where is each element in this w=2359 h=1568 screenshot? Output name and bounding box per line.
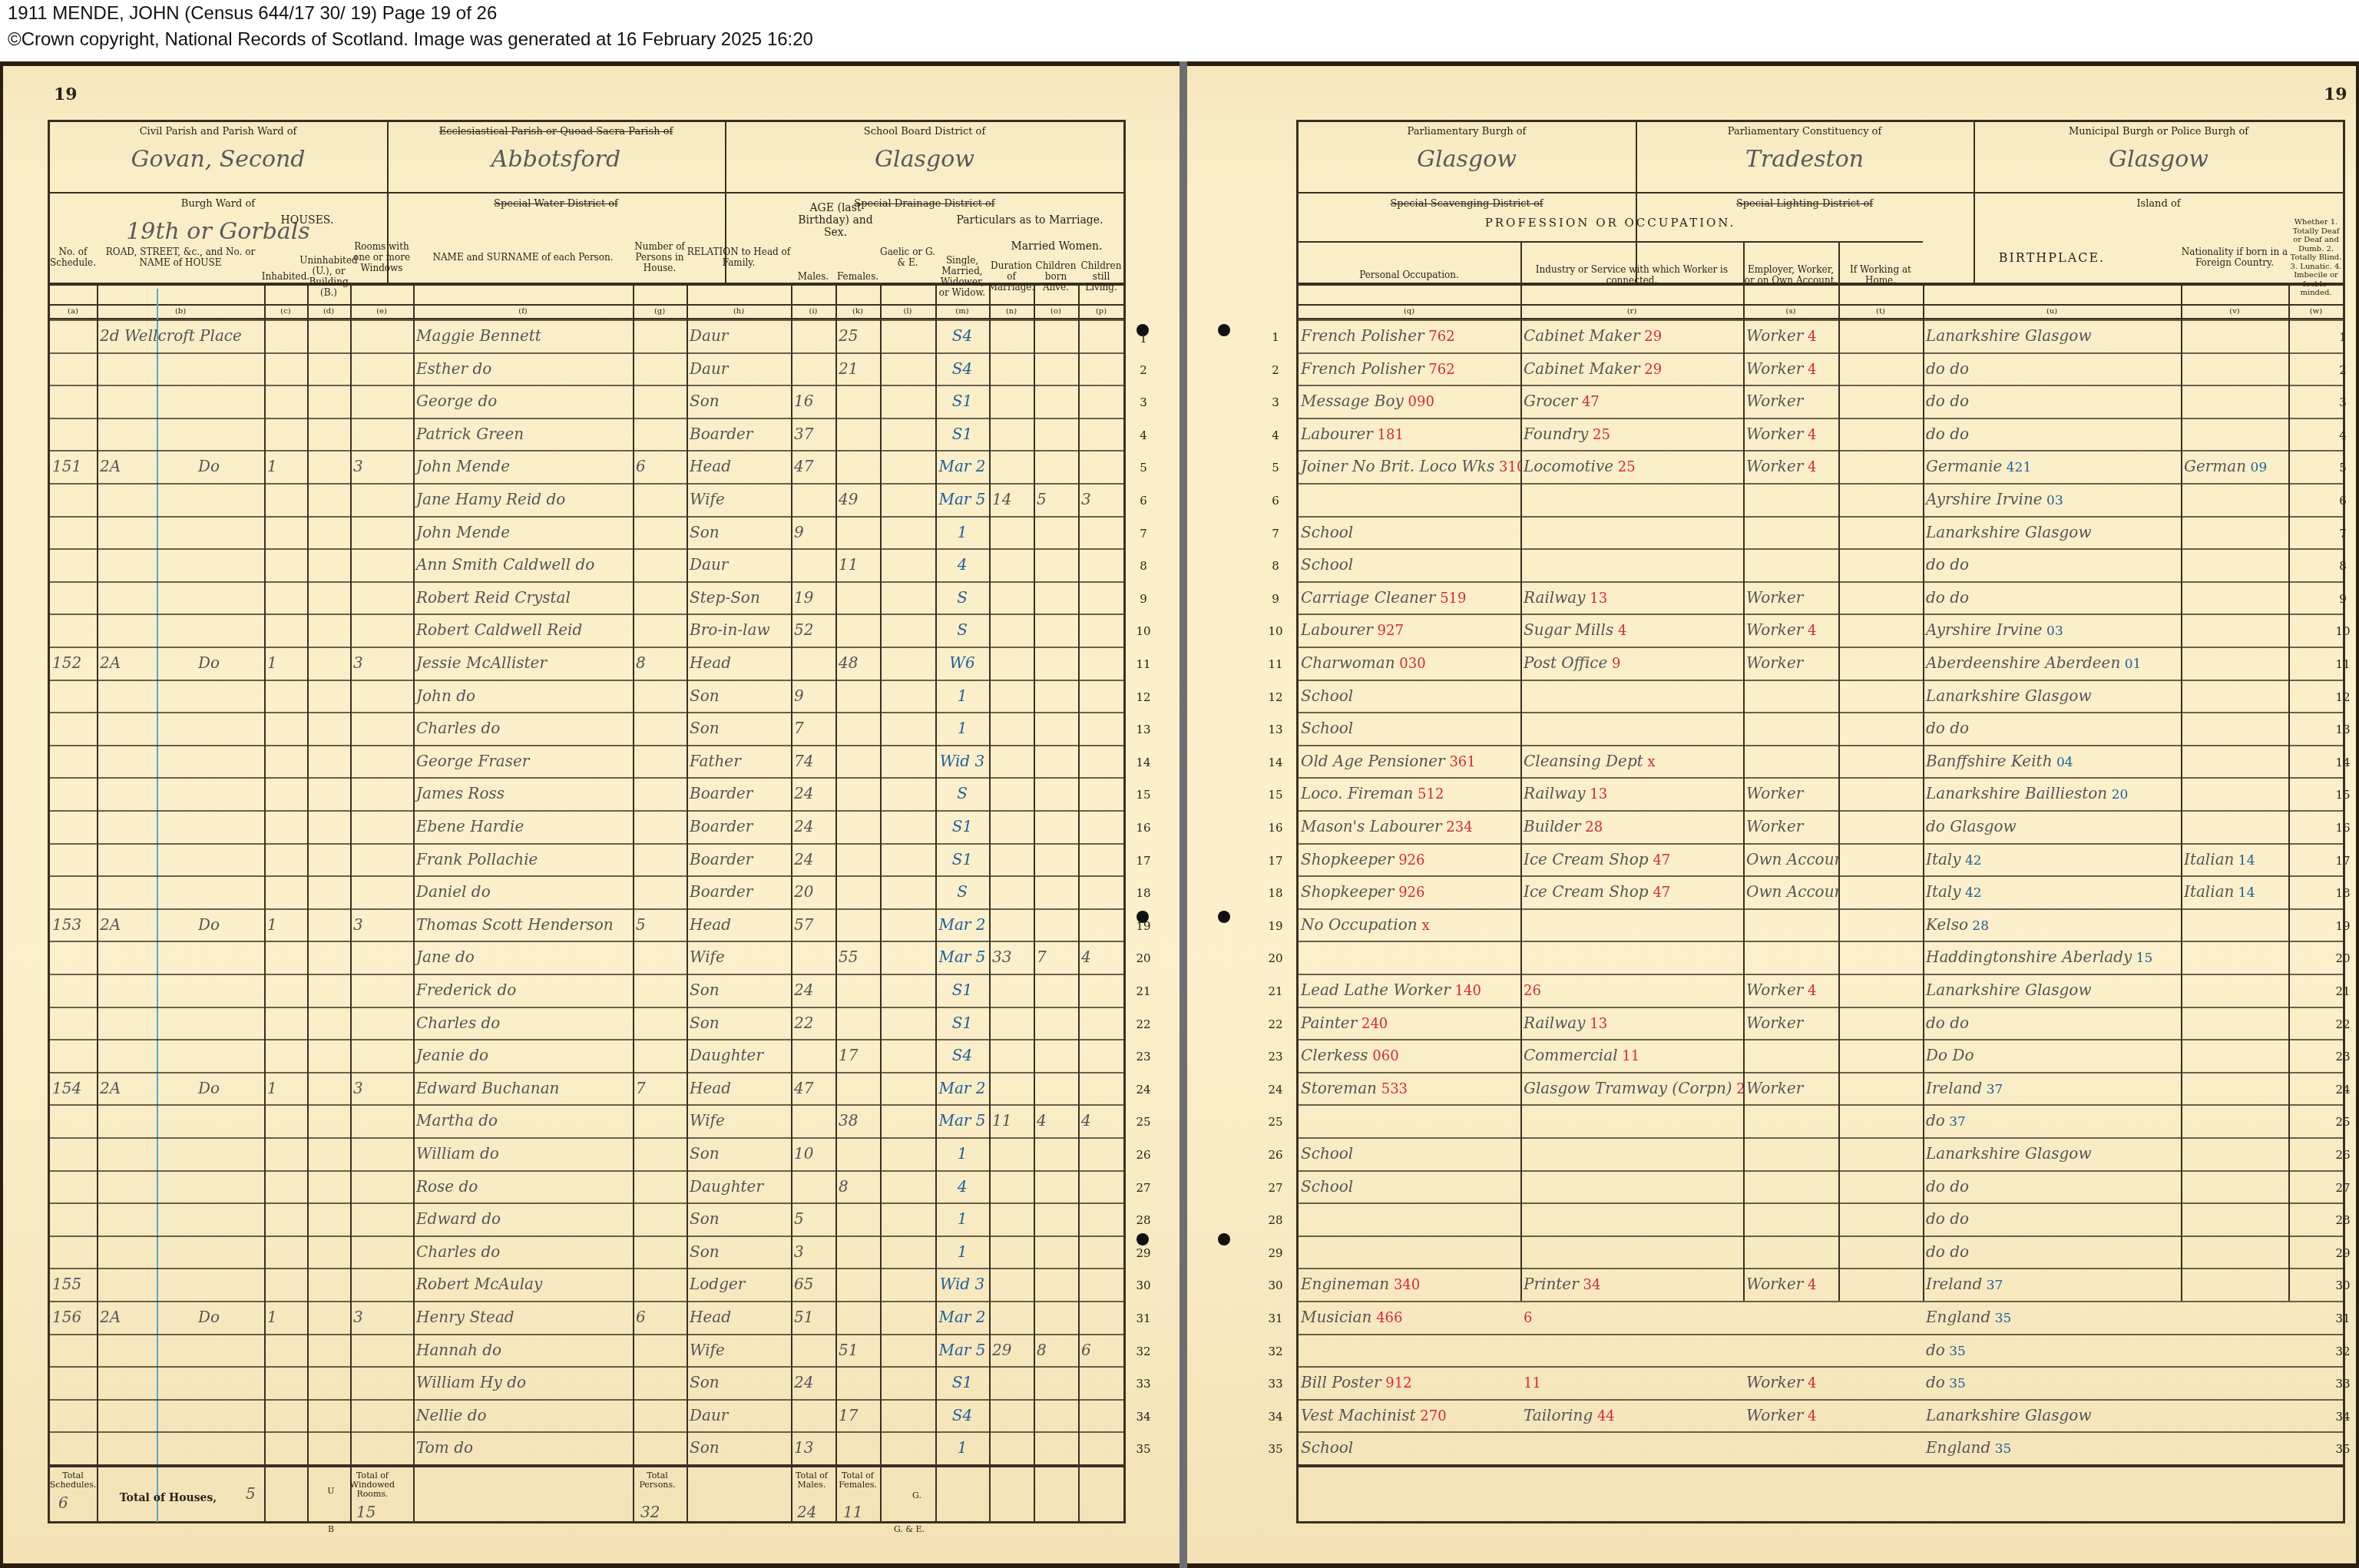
cell-r (1520, 1431, 1743, 1464)
cell-text: Lanarkshire Glasgow (1926, 981, 2092, 999)
cell-males (791, 352, 835, 385)
code-annotation: 47 (1577, 394, 1600, 410)
table-row: Labourer 181Foundry 25Worker 4do do44 (1187, 418, 2356, 450)
cell-s: Worker 4 (1743, 614, 1838, 646)
table-row: do 353232 (1187, 1334, 2356, 1366)
cell-relation: Head (687, 908, 791, 941)
cell-born (1034, 908, 1078, 941)
cell-r (1520, 1334, 1743, 1366)
cell-marital: 1 (935, 1137, 989, 1169)
cell-s: Worker 4 (1743, 1366, 1838, 1398)
cell-uninhabited (307, 385, 350, 417)
code-annotation: 04 (2053, 755, 2073, 770)
cell-schedule (49, 843, 97, 875)
cell-text: Ireland (1926, 1275, 1982, 1293)
cell-u: do Glasgow (1923, 810, 2181, 842)
cell-v (2181, 1366, 2288, 1398)
cell-s (1743, 1039, 1838, 1071)
cell-marital: 1 (935, 712, 989, 744)
cell-females: 17 (835, 1399, 880, 1431)
line-number: 17 (2331, 854, 2354, 868)
cell-u: do do (1923, 712, 2181, 744)
line-number: 25 (1264, 1115, 1287, 1129)
cell-text: Aberdeenshire Aberdeen (1926, 653, 2120, 672)
cell-r (1520, 908, 1743, 941)
cell-males: 24 (791, 974, 835, 1006)
cell-males: 10 (791, 1137, 835, 1169)
code-annotation: 28 (1968, 918, 1989, 934)
cell-rooms (350, 974, 413, 1006)
cell-inhabited (264, 712, 307, 744)
code-annotation: 28 (1581, 819, 1603, 835)
cell-s: Own Account 6 (1743, 843, 1838, 875)
cell-s (1743, 745, 1838, 777)
column-key: (f) (413, 306, 633, 318)
table-row: William Hy doSon24S133 (3, 1366, 1179, 1398)
burgh-ward-label: Burgh Ward of (49, 198, 387, 210)
cell-u: England 35 (1923, 1431, 2181, 1464)
line-number: 5 (1264, 461, 1287, 475)
cell-rooms (350, 319, 413, 352)
cell-gaelic (880, 1268, 935, 1300)
cell-name: John Mende (413, 516, 633, 548)
cell-name: Jeanie do (413, 1039, 633, 1071)
cell-born (1034, 745, 1078, 777)
cell-born (1034, 777, 1078, 809)
line-number: 8 (2331, 559, 2354, 573)
cell-text: Mason's Labourer (1301, 817, 1442, 835)
group-header-profession: PROFESSION OR OCCUPATION. (1298, 212, 1923, 235)
code-annotation: 4 (1803, 1408, 1816, 1424)
table-row: Vest Machinist 270Tailoring 44Worker 4La… (1187, 1399, 2356, 1431)
cell-v (2181, 1170, 2288, 1202)
cell-v (2181, 1431, 2288, 1464)
line-number: 7 (1132, 527, 1155, 541)
cell-born: 5 (1034, 483, 1078, 515)
cell-marital: 1 (935, 1236, 989, 1268)
cell-duration (989, 745, 1034, 777)
cell-text: Worker (1746, 653, 1803, 672)
table-row: Jane Hamy Reid doWife49Mar 514536 (3, 483, 1179, 515)
column-key: (u) (1923, 306, 2181, 318)
cell-duration (989, 810, 1034, 842)
cell-living (1078, 1236, 1124, 1268)
line-number: 24 (1132, 1083, 1155, 1097)
code-annotation: 47 (1649, 852, 1671, 868)
code-annotation: 090 (1404, 394, 1434, 410)
cell-females: 21 (835, 352, 880, 385)
table-row: Schooldo do1313 (1187, 712, 2356, 744)
code-annotation: 4 (1803, 427, 1816, 443)
cell-relation: Boarder (687, 418, 791, 450)
cell-living (1078, 1202, 1124, 1235)
cell-name: Jane do (413, 941, 633, 973)
cell-marital: Wid 3 (935, 745, 989, 777)
cell-name: Esther do (413, 352, 633, 385)
code-annotation: 6 (1524, 1310, 1532, 1326)
line-number: 10 (2331, 624, 2354, 638)
table-row: 155Robert McAulayLodger65Wid 330 (3, 1268, 1179, 1300)
code-annotation: 512 (1413, 786, 1444, 802)
cell-r (1520, 1170, 1743, 1202)
b-label: B (326, 1525, 336, 1534)
cell-persons (633, 319, 687, 352)
column-header-b: ROAD, STREET, &c., and No. or NAME of HO… (97, 209, 264, 307)
cell-females (835, 1268, 880, 1300)
total-windowed-label: Total of Windowed Rooms. (339, 1471, 405, 1499)
table-row: Tom doSon13135 (3, 1431, 1179, 1464)
table-row: Esther doDaur21S42 (3, 352, 1179, 385)
cell-females (835, 810, 880, 842)
line-number: 15 (1132, 788, 1155, 802)
cell-text: Ice Cream Shop (1524, 850, 1649, 868)
cell-living (1078, 1072, 1124, 1104)
code-annotation: 030 (1395, 656, 1426, 672)
table-row: SchoolLanarkshire Glasgow2626 (1187, 1137, 2356, 1169)
cell-males: 20 (791, 875, 835, 908)
cell-living (1078, 352, 1124, 385)
cell-schedule: 156 (49, 1301, 97, 1333)
cell-name: Ann Smith Caldwell do (413, 548, 633, 581)
code-annotation: 34 (1579, 1277, 1601, 1293)
line-number: 26 (1264, 1148, 1287, 1162)
line-number: 13 (1132, 723, 1155, 736)
row-rule (49, 1464, 1124, 1467)
cell-inhabited (264, 352, 307, 385)
cell-text: Ayrshire Irvine (1926, 620, 2043, 639)
cell-s: Worker (1743, 1072, 1838, 1104)
cell-gaelic (880, 1137, 935, 1169)
cell-schedule (49, 941, 97, 973)
line-number: 14 (1264, 756, 1287, 769)
column-header-k: Females. (835, 247, 880, 307)
table-row: SchoolLanarkshire Glasgow1212 (1187, 680, 2356, 712)
cell-gaelic (880, 647, 935, 679)
cell-v (2181, 483, 2288, 515)
line-number: 33 (2331, 1377, 2354, 1391)
cell-marital: S (935, 875, 989, 908)
cell-relation: Son (687, 1202, 791, 1235)
cell-r: Cleansing Dept x (1520, 745, 1743, 777)
cell-relation: Son (687, 974, 791, 1006)
cell-text: Worker (1746, 1406, 1803, 1424)
table-row: Loco. Fireman 512Railway 13WorkerLanarks… (1187, 777, 2356, 809)
cell-born (1034, 1202, 1078, 1235)
cell-gaelic (880, 810, 935, 842)
table-row: do do2929 (1187, 1236, 2356, 1268)
cell-relation: Son (687, 712, 791, 744)
cell-schedule: 154 (49, 1072, 97, 1104)
cell-name: Frederick do (413, 974, 633, 1006)
cell-born: 8 (1034, 1334, 1078, 1366)
cell-r: Railway 13 (1520, 1007, 1743, 1039)
cell-t (1838, 1137, 1923, 1169)
cell-schedule (49, 1366, 97, 1398)
cell-inhabited: 1 (264, 647, 307, 679)
cell-duration (989, 712, 1034, 744)
cell-r (1520, 1236, 1743, 1268)
cell-females: 51 (835, 1334, 880, 1366)
cell-males: 37 (791, 418, 835, 450)
cell-address (97, 777, 264, 809)
cell-s: Worker (1743, 1007, 1838, 1039)
cell-t (1838, 614, 1923, 646)
cell-marital: S1 (935, 843, 989, 875)
cell-text: Railway (1524, 1014, 1586, 1032)
cell-s: Worker 4 (1743, 319, 1838, 352)
cell-uninhabited (307, 418, 350, 450)
cell-males (791, 483, 835, 515)
g-label: G. (909, 1491, 925, 1500)
line-number: 30 (1132, 1279, 1155, 1292)
cell-u: do do (1923, 385, 2181, 417)
cell-males (791, 548, 835, 581)
line-number: 35 (1132, 1442, 1155, 1456)
cell-gaelic (880, 908, 935, 941)
table-row: Robert Reid CrystalStep-Son19S9 (3, 581, 1179, 614)
cell-uninhabited (307, 319, 350, 352)
code-annotation: 762 (1424, 329, 1455, 345)
line-number: 29 (1264, 1246, 1287, 1260)
table-row: James RossBoarder24S15 (3, 777, 1179, 809)
code-annotation: 533 (1377, 1081, 1408, 1097)
cell-females: 55 (835, 941, 880, 973)
cell-text: School (1301, 1144, 1353, 1163)
cell-r (1520, 1104, 1743, 1136)
cell-born (1034, 647, 1078, 679)
cell-s (1743, 712, 1838, 744)
cell-schedule: 152 (49, 647, 97, 679)
line-number: 8 (1132, 559, 1155, 573)
line-number: 19 (1132, 919, 1155, 933)
right-page: 19 Parliamentary Burgh of Glasgow Parlia… (1187, 66, 2356, 1563)
cell-t (1838, 1007, 1923, 1039)
cell-text: Storeman (1301, 1079, 1377, 1097)
cell-text: Own Account (1746, 850, 1838, 868)
cell-uninhabited (307, 1202, 350, 1235)
cell-v (2181, 1104, 2288, 1136)
census-book: 19 Civil Parish and Parish Ward of Govan… (0, 61, 2359, 1568)
cell-s: Worker 4 (1743, 352, 1838, 385)
cell-r: Sugar Mills 4 (1520, 614, 1743, 646)
cell-r: Builder 28 (1520, 810, 1743, 842)
line-number: 19 (1264, 919, 1287, 933)
cell-name: Rose do (413, 1170, 633, 1202)
cell-persons: 8 (633, 647, 687, 679)
cell-relation: Wife (687, 941, 791, 973)
cell-uninhabited (307, 843, 350, 875)
cell-schedule (49, 418, 97, 450)
cell-females (835, 1072, 880, 1104)
cell-living (1078, 1268, 1124, 1300)
line-number: 6 (2331, 494, 2354, 508)
cell-born (1034, 1399, 1078, 1431)
cell-s (1743, 1431, 1838, 1464)
cell-relation: Daur (687, 548, 791, 581)
cell-address (97, 483, 264, 515)
cell-v (2181, 418, 2288, 450)
cell-gaelic (880, 1170, 935, 1202)
total-females-label: Total of Females. (835, 1471, 880, 1490)
cell-living (1078, 516, 1124, 548)
code-annotation: 13 (1586, 590, 1608, 607)
cell-relation: Boarder (687, 777, 791, 809)
cell-text: do do (1926, 555, 1969, 574)
cell-address (97, 1334, 264, 1366)
row-rule (1298, 1464, 2344, 1467)
column-header-h: RELATION to Head of Family. (687, 209, 791, 307)
cell-males: 24 (791, 843, 835, 875)
cell-living (1078, 1137, 1124, 1169)
civil-parish-box: Civil Parish and Parish Ward of Govan, S… (49, 121, 387, 192)
line-number: 34 (1132, 1410, 1155, 1424)
school-board-label: School Board District of (725, 126, 1124, 137)
cell-v (2181, 680, 2288, 712)
cell-persons: 6 (633, 1301, 687, 1333)
cell-text: Worker (1746, 817, 1803, 835)
cell-males: 57 (791, 908, 835, 941)
cell-t (1838, 777, 1923, 809)
cell-uninhabited (307, 483, 350, 515)
cell-q: School (1298, 712, 1520, 744)
cell-persons (633, 1007, 687, 1039)
code-annotation: x (1643, 754, 1656, 770)
cell-r: 6 (1520, 1301, 1743, 1333)
table-row: Charwoman 030Post Office 9WorkerAberdeen… (1187, 647, 2356, 679)
island-label: Island of (1974, 198, 2344, 210)
cell-gaelic (880, 1007, 935, 1039)
cell-text: Railway (1524, 588, 1586, 607)
cell-schedule (49, 1170, 97, 1202)
cell-females (835, 843, 880, 875)
column-key: (r) (1520, 306, 1743, 318)
line-number: 24 (2331, 1083, 2354, 1097)
code-annotation: 927 (1373, 623, 1404, 639)
cell-name: John Mende (413, 450, 633, 482)
cell-u: do do (1923, 418, 2181, 450)
line-number: 21 (2331, 984, 2354, 998)
group-header-houses: HOUSES. (264, 209, 350, 232)
cell-duration (989, 1366, 1034, 1398)
cell-females (835, 745, 880, 777)
cell-relation: Son (687, 1137, 791, 1169)
cell-duration (989, 581, 1034, 614)
line-number: 30 (1264, 1279, 1287, 1292)
cell-gaelic (880, 614, 935, 646)
cell-schedule (49, 680, 97, 712)
cell-address (97, 1039, 264, 1071)
cell-inhabited (264, 1366, 307, 1398)
line-number: 17 (1264, 854, 1287, 868)
cell-text: Worker (1746, 392, 1803, 410)
cell-persons (633, 745, 687, 777)
cell-text: do do (1926, 1209, 1969, 1228)
cell-q: School (1298, 1170, 1520, 1202)
cell-text: Do Do (1926, 1046, 1974, 1064)
table-row: Shopkeeper 926Ice Cream Shop 47Own Accou… (1187, 843, 2356, 875)
cell-gaelic (880, 385, 935, 417)
cell-living (1078, 810, 1124, 842)
cell-address (97, 581, 264, 614)
viewer-title: 1911 MENDE, JOHN (Census 644/17 30/ 19) … (8, 3, 497, 25)
cell-u: Lanarkshire Glasgow (1923, 1399, 2181, 1431)
cell-name: Charles do (413, 1236, 633, 1268)
cell-living (1078, 712, 1124, 744)
cell-marital: S (935, 614, 989, 646)
cell-relation: Father (687, 745, 791, 777)
cell-v (2181, 777, 2288, 809)
cell-q: Painter 240 (1298, 1007, 1520, 1039)
cell-females: 48 (835, 647, 880, 679)
table-row: Clerkess 060Commercial 11Do Do2323 (1187, 1039, 2356, 1071)
cell-gaelic (880, 450, 935, 482)
cell-text: Message Boy (1301, 392, 1404, 410)
cell-street: Do (195, 647, 256, 679)
cell-s: Worker 4 (1743, 450, 1838, 482)
cell-living (1078, 745, 1124, 777)
code-annotation: 11 (1618, 1048, 1640, 1064)
cell-t (1838, 1072, 1923, 1104)
cell-living (1078, 1399, 1124, 1431)
cell-females (835, 450, 880, 482)
line-number: 12 (1132, 690, 1155, 704)
cell-address (97, 352, 264, 385)
table-row: Charles doSon7113 (3, 712, 1179, 744)
cell-u: Italy 42 (1923, 875, 2181, 908)
cell-rooms (350, 385, 413, 417)
code-annotation: 35 (1990, 1311, 2011, 1326)
cell-address (97, 614, 264, 646)
cell-duration (989, 614, 1034, 646)
line-number: 32 (1132, 1345, 1155, 1358)
code-annotation: 234 (1442, 819, 1473, 835)
page-number-right: 19 (2324, 84, 2347, 104)
cell-v: Italian 14 (2181, 875, 2288, 908)
cell-t (1838, 1334, 1923, 1366)
cell-s (1743, 941, 1838, 973)
cell-born (1034, 1170, 1078, 1202)
cell-q: Storeman 533 (1298, 1072, 1520, 1104)
cell-s (1743, 908, 1838, 941)
cell-q: Old Age Pensioner 361 (1298, 745, 1520, 777)
cell-schedule (49, 875, 97, 908)
line-number: 23 (1264, 1050, 1287, 1064)
cell-rooms (350, 352, 413, 385)
column-header-a: No. of Schedule. (49, 209, 97, 307)
cell-females (835, 1137, 880, 1169)
cell-v: Italian 14 (2181, 843, 2288, 875)
cell-text: Old Age Pensioner (1301, 752, 1445, 770)
cell-uninhabited (307, 1137, 350, 1169)
table-row: Frederick doSon24S121 (3, 974, 1179, 1006)
cell-males (791, 941, 835, 973)
cell-marital: Mar 5 (935, 1104, 989, 1136)
line-number: 13 (2331, 723, 2354, 736)
cell-males (791, 1399, 835, 1431)
cell-r: Post Office 9 (1520, 647, 1743, 679)
cell-q: Message Boy 090 (1298, 385, 1520, 417)
cell-duration (989, 1431, 1034, 1464)
line-number: 18 (2331, 886, 2354, 900)
cell-uninhabited (307, 647, 350, 679)
cell-duration (989, 1236, 1034, 1268)
cell-relation: Daughter (687, 1039, 791, 1071)
cell-schedule (49, 1137, 97, 1169)
line-number: 34 (2331, 1410, 2354, 1424)
book-gutter (1179, 61, 1187, 1568)
cell-v (2181, 745, 2288, 777)
cell-males: 51 (791, 1301, 835, 1333)
